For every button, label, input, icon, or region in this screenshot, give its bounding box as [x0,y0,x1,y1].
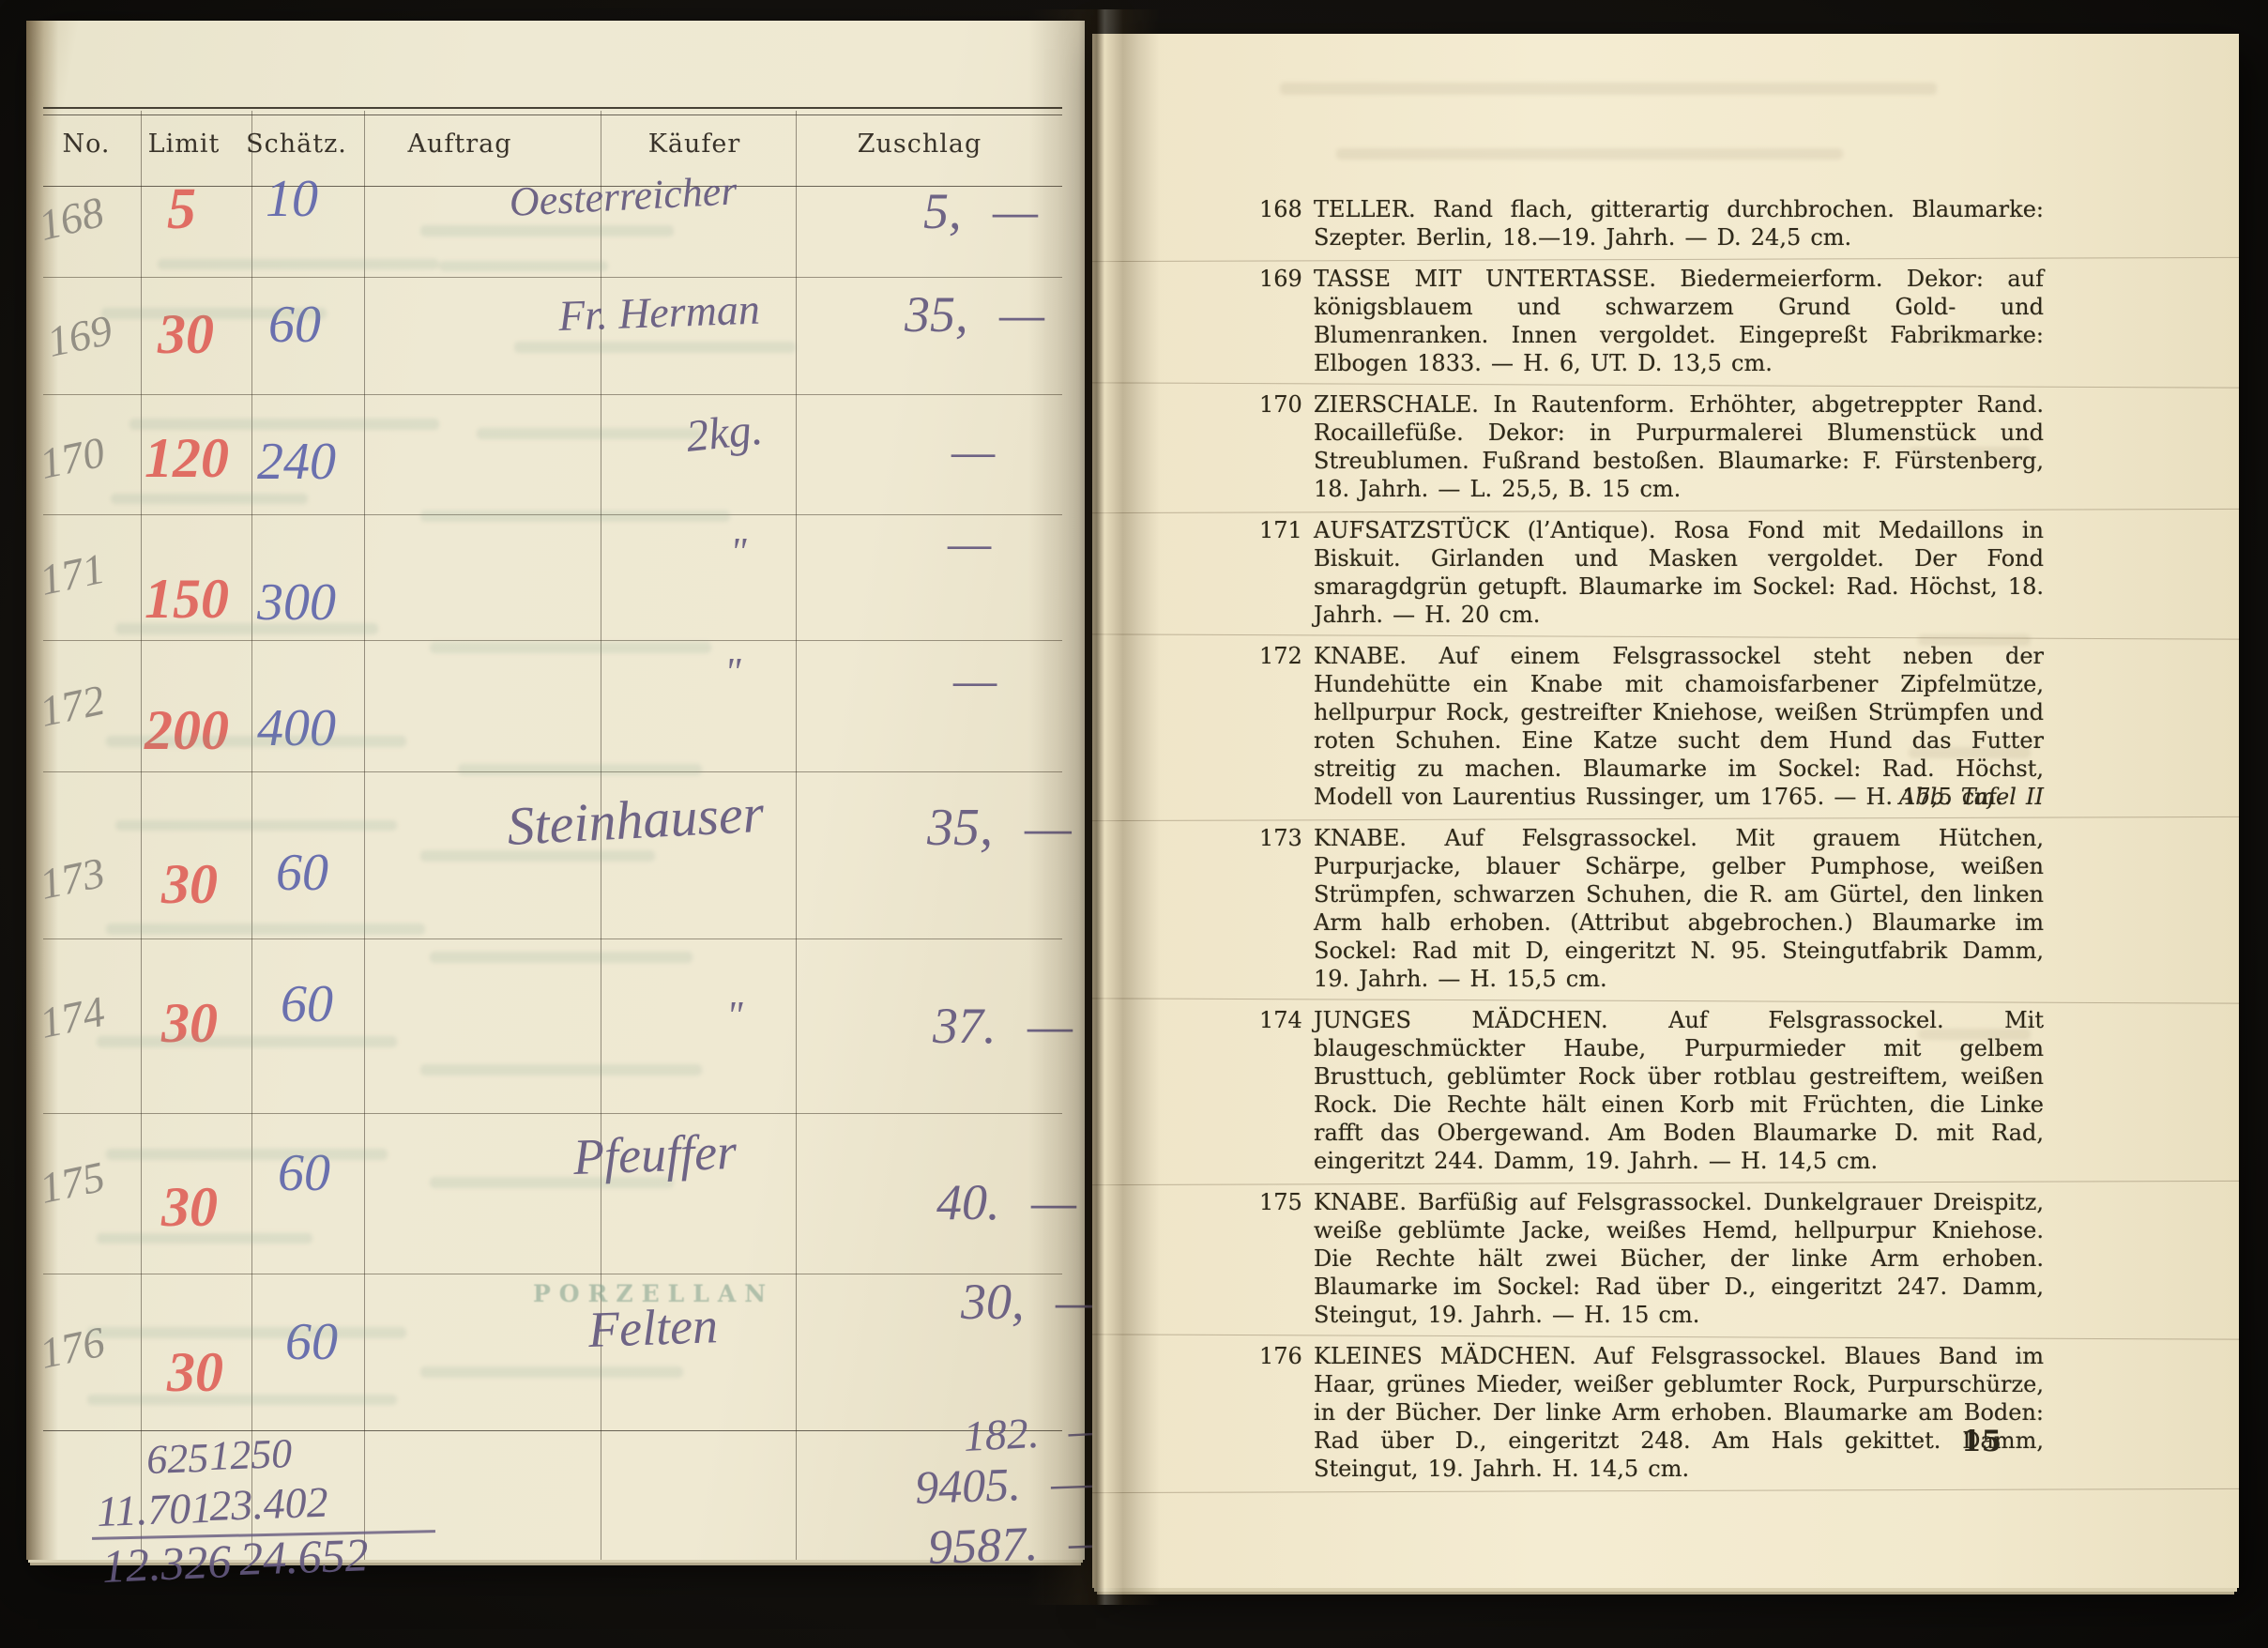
cell-kaeufer-name: Fr. Herman [557,288,760,338]
catalog-entry: 169TASSE MIT UNTERTASSE. Biedermeierform… [1314,265,2044,377]
column-header-limit: Limit [148,130,221,159]
column-header-kaeufer: Käufer [648,130,741,159]
cell-schaetz-value: 400 [257,702,336,755]
catalog-entry: 175KNABE. Barfüßig auf Felsgrassockel. D… [1314,1188,2044,1329]
cell-limit-value: 30 [158,306,214,362]
limit-subtotal: 625 [145,1438,208,1481]
entry-text: TASSE MIT UNTERTASSE. Biedermeierform. D… [1314,266,2044,376]
ledger-row-line [43,1274,1062,1274]
schaetz-carry: 23.402 [208,1481,328,1528]
bleed-through-text-ghost [420,511,730,522]
cell-kaeufer-name: Pfeuffer [572,1126,738,1183]
cell-schaetz-value: 60 [285,1316,338,1368]
bleed-through-text-ghost [158,259,439,269]
bleed-through-text-ghost [514,342,796,353]
limit-total: 12.326 [101,1537,233,1590]
column-header-no: No. [63,130,111,159]
ledger-column-line [364,111,365,1560]
cell-schaetz-value: 60 [268,298,321,351]
ledger-row-line [43,1113,1062,1114]
column-header-schaetz: Schätz. [246,130,347,159]
cell-zuschlag-value: 37. — [933,1000,1073,1051]
cell-limit-value: 30 [161,856,218,912]
ledger-row-line [43,394,1062,395]
schaetz-subtotal: 1250 [208,1433,292,1477]
zuschlag-total: 9587. — [927,1518,1113,1573]
cell-kaeufer-name: 2kg. [684,407,765,460]
page-number: 15 [1961,1425,2002,1458]
entry-text: AUFSATZSTÜCK (l’Antique). Rosa Fond mit … [1314,517,2044,628]
entry-number: 174 [1259,1006,1308,1034]
zuschlag-carry: 9405. — [914,1457,1093,1511]
table-top-rule [43,107,1062,109]
ledger-row-line [43,277,1062,278]
cell-limit-value: 30 [167,1344,223,1400]
catalog-entry: 176KLEINES MÄDCHEN. Auf Felsgrassockel. … [1314,1342,2044,1483]
entry-text: KLEINES MÄDCHEN. Auf Felsgrassockel. Bla… [1314,1343,2044,1482]
cell-lot-number: 172 [36,679,108,734]
bleed-through-text-ghost [420,1366,683,1378]
bleed-through-text-ghost [430,642,711,653]
ghost-heading-porzellan: PORZELLAN [533,1280,774,1307]
bleed-through-text-ghost [420,1064,702,1076]
entry-text: JUNGES MÄDCHEN. Auf Felsgrassockel. Mit … [1314,1007,2044,1174]
catalog-entry: 172KNABE. Auf einem Felsgrassockel steht… [1314,642,2044,811]
ledger-row-line [43,640,1062,641]
column-header-zuschlag: Zuschlag [858,130,982,159]
cell-kaeufer-name: Oesterreicher [509,170,738,223]
entry-text: KNABE. Barfüßig auf Felsgrassockel. Dunk… [1314,1189,2044,1328]
cell-kaeufer-name: " [730,533,747,572]
cell-schaetz-value: 240 [257,435,336,488]
entry-number: 173 [1259,824,1308,852]
cell-schaetz-value: 300 [257,576,336,629]
bleed-through-text-ghost [106,923,425,935]
cell-limit-value: 30 [161,1179,218,1235]
bleed-through-text-ghost [87,1395,397,1405]
cell-kaeufer-name: " [726,997,743,1036]
cell-zuschlag-value: — [951,428,995,477]
cell-lot-number: 175 [36,1155,108,1211]
cell-lot-number: 171 [36,547,108,603]
catalog-entry: 174JUNGES MÄDCHEN. Auf Felsgrassockel. M… [1314,1006,2044,1175]
cell-lot-number: 169 [43,309,115,364]
column-header-auftrag: Auftrag [407,130,511,159]
bleed-through-text-ghost [1280,83,1937,95]
bleed-through-text-ghost [1336,148,1843,160]
table-top-rule-2 [43,114,1062,115]
cell-limit-value: 5 [167,180,196,238]
catalog-page: 168TELLER. Rand flach, gitterartig durch… [1092,34,2239,1588]
cell-limit-value: 30 [161,995,218,1051]
entry-number: 175 [1259,1188,1308,1216]
cell-zuschlag-value: 35, — [927,801,1072,854]
page-number-row: 15 [1314,1425,2044,1458]
cell-zuschlag-value: 5, — [923,186,1038,237]
ledger-row-line [43,771,1062,772]
cell-schaetz-value: 60 [278,1147,330,1199]
ledger-column-line [796,111,797,1560]
cell-lot-number: 173 [36,851,108,907]
ledger-row-line [43,938,1062,939]
catalog-entry: 168TELLER. Rand flach, gitterartig durch… [1314,195,2044,252]
cell-zuschlag-value: 35, — [905,289,1044,340]
catalog-entry: 173KNABE. Auf Felsgrassockel. Mit grauem… [1314,824,2044,993]
bleed-through-text-ghost [420,225,674,237]
bleed-through-text-ghost [106,1149,388,1160]
cell-lot-number: 174 [36,990,108,1045]
cell-schaetz-value: 60 [281,978,333,1030]
photographed-catalog-spread: { "inks": { "limit_red": "#de5c54", "sch… [0,0,2268,1648]
entry-text: KNABE. Auf Felsgrassockel. Mit grauem Hü… [1314,825,2044,992]
ledger-column-line [251,111,252,1560]
cell-schaetz-value: 10 [266,173,318,225]
entry-number: 168 [1259,195,1308,223]
cell-zuschlag-value: 40. — [936,1177,1076,1228]
limit-carry: 11.701 [96,1487,213,1534]
entry-number: 172 [1259,642,1308,670]
entry-number: 176 [1259,1342,1308,1370]
ledger-page: No. Limit Schätz. Auftrag Käufer Zuschla… [26,21,1085,1560]
cell-schaetz-value: 60 [276,847,328,899]
entry-number: 169 [1259,265,1308,293]
bleed-through-text-ghost [87,1327,406,1338]
bleed-through-text-ghost [97,1036,397,1047]
entry-text: ZIERSCHALE. In Rautenform. Erhöhter, abg… [1314,391,2044,502]
zuschlag-subtotal: 182. — [963,1408,1108,1458]
cell-lot-number: 176 [36,1320,108,1376]
entry-number: 170 [1259,390,1308,419]
cell-limit-value: 120 [145,430,229,486]
cell-zuschlag-value: — [953,657,997,706]
cell-kaeufer-name: Felten [587,1300,719,1355]
schaetz-total: 24.652 [238,1531,369,1582]
entry-number: 171 [1259,516,1308,544]
bleed-through-text-ghost [458,764,702,775]
ledger-row-line [43,514,1062,515]
entry-text: TELLER. Rand flach, gitterartig durchbro… [1314,196,2044,251]
cell-limit-value: 200 [145,702,229,758]
catalog-entry: 170ZIERSCHALE. In Rautenform. Erhöhter, … [1314,390,2044,503]
cell-lot-number: 170 [36,431,108,486]
cell-zuschlag-value: — [948,520,991,569]
bleed-through-text-ghost [439,261,608,271]
catalog-entries: 168TELLER. Rand flach, gitterartig durch… [1314,195,2044,1496]
bleed-through-text-ghost [115,820,397,831]
cell-kaeufer-name: Steinhauser [506,786,766,854]
cell-limit-value: 150 [145,571,229,627]
cell-zuschlag-value: 30, — [961,1276,1101,1327]
cell-kaeufer-name: " [724,653,741,693]
ledger-column-line [141,111,142,1560]
ledger-row-line [43,1430,1062,1431]
bleed-through-text-ghost [430,952,693,963]
bleed-through-text-ghost [477,428,702,439]
catalog-entry: 171AUFSATZSTÜCK (l’Antique). Rosa Fond m… [1314,516,2044,629]
